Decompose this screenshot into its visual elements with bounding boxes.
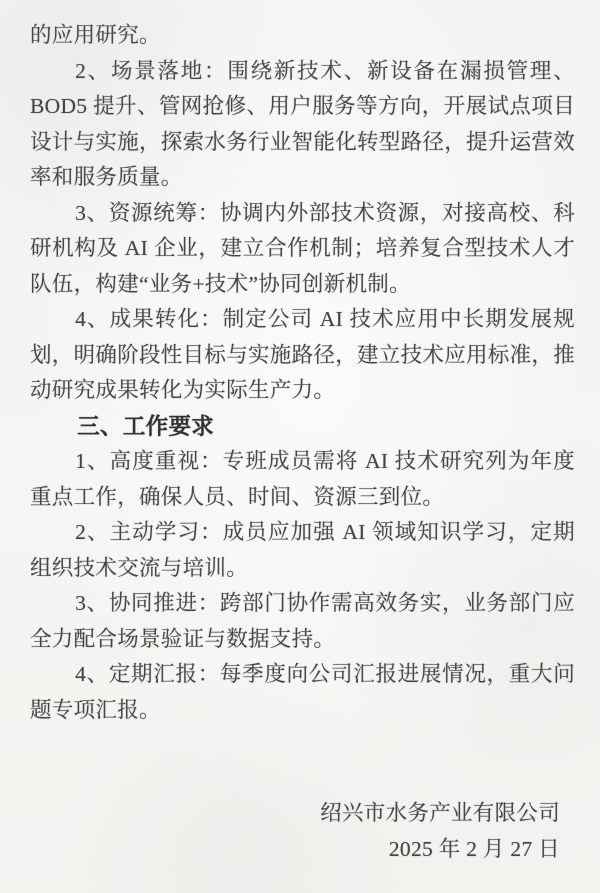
paragraph-resource-coordination: 3、资源统筹：协调内外部技术资源，对接高校、科研机构及 AI 企业，建立合作机制… <box>30 196 575 303</box>
section-heading-work-requirements: 三、工作要求 <box>30 409 575 445</box>
paragraph-requirement-reporting: 4、定期汇报：每季度向公司汇报进展情况，重大问题专项汇报。 <box>30 657 575 728</box>
paragraph-requirement-collaboration: 3、协同推进：跨部门协作需高效务实，业务部门应全力配合场景验证与数据支持。 <box>30 586 575 657</box>
paragraph-requirement-learning: 2、主动学习：成员应加强 AI 领域知识学习，定期组织技术交流与培训。 <box>30 515 575 586</box>
signature-company-name: 绍兴市水务产业有限公司 <box>30 796 560 832</box>
signature-date: 2025 年 2 月 27 日 <box>30 832 560 868</box>
document-page: 的应用研究。 2、场景落地：围绕新技术、新设备在漏损管理、BOD5 提升、管网抢… <box>0 0 600 893</box>
paragraph-requirement-attention: 1、高度重视：专班成员需将 AI 技术研究列为年度重点工作，确保人员、时间、资源… <box>30 444 575 515</box>
paragraph-result-transformation: 4、成果转化：制定公司 AI 技术应用中长期发展规划，明确阶段性目标与实施路径，… <box>30 302 575 409</box>
paragraph-scene-implementation: 2、场景落地：围绕新技术、新设备在漏损管理、BOD5 提升、管网抢修、用户服务等… <box>30 54 575 196</box>
signature-block: 绍兴市水务产业有限公司 2025 年 2 月 27 日 <box>30 796 575 867</box>
paragraph-continuation: 的应用研究。 <box>30 18 575 54</box>
